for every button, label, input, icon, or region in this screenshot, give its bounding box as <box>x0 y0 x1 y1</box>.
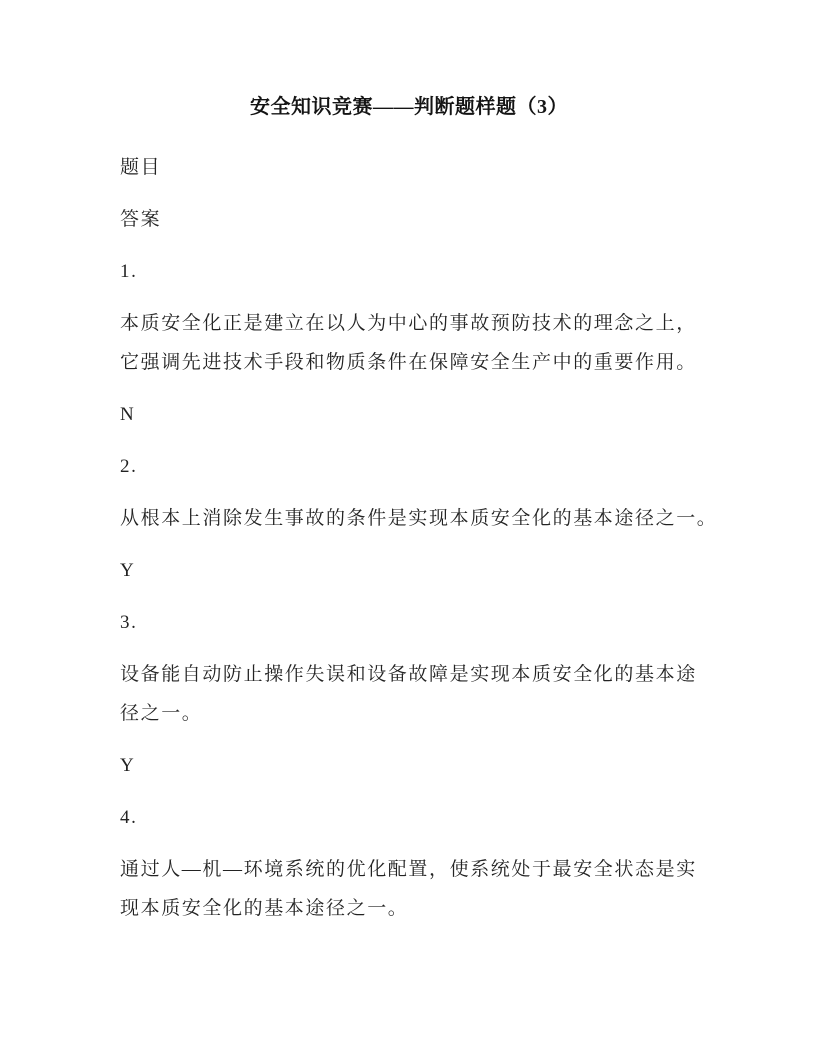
question-line: 径之一。 <box>120 694 698 733</box>
question-label-text: 题目 <box>120 148 698 187</box>
question-3-answer: Y <box>120 746 698 785</box>
question-number-text: 2. <box>120 447 698 486</box>
answer-value: N <box>120 395 698 434</box>
question-1-answer: N <box>120 395 698 434</box>
question-2-text: 从根本上消除发生事故的条件是实现本质安全化的基本途径之一。 <box>120 499 698 538</box>
question-2-number: 2. <box>120 447 698 486</box>
question-1-number: 1. <box>120 252 698 291</box>
question-1-text: 本质安全化正是建立在以人为中心的事故预防技术的理念之上， 它强调先进技术手段和物… <box>120 304 698 382</box>
question-number-text: 1. <box>120 252 698 291</box>
question-line: 从根本上消除发生事故的条件是实现本质安全化的基本途径之一。 <box>120 499 698 538</box>
answer-value: Y <box>120 551 698 590</box>
question-number-text: 3. <box>120 603 698 642</box>
question-line: 它强调先进技术手段和物质条件在保障安全生产中的重要作用。 <box>120 343 698 382</box>
document-title: 安全知识竞赛——判断题样题（3） <box>120 88 698 127</box>
question-line: 通过人—机—环境系统的优化配置，使系统处于最安全状态是实 <box>120 850 698 889</box>
question-column-label: 题目 <box>120 148 698 187</box>
question-4-text: 通过人—机—环境系统的优化配置，使系统处于最安全状态是实 现本质安全化的基本途径… <box>120 850 698 928</box>
document-page: 安全知识竞赛——判断题样题（3） 题目 答案 1. 本质安全化正是建立在以人为中… <box>0 0 816 1056</box>
question-number-text: 4. <box>120 798 698 837</box>
question-line: 设备能自动防止操作失误和设备故障是实现本质安全化的基本途 <box>120 655 698 694</box>
answer-label-text: 答案 <box>120 200 698 239</box>
question-2-answer: Y <box>120 551 698 590</box>
question-line: 现本质安全化的基本途径之一。 <box>120 889 698 928</box>
question-line: 本质安全化正是建立在以人为中心的事故预防技术的理念之上， <box>120 304 698 343</box>
answer-column-label: 答案 <box>120 200 698 239</box>
question-3-text: 设备能自动防止操作失误和设备故障是实现本质安全化的基本途 径之一。 <box>120 655 698 733</box>
question-4-number: 4. <box>120 798 698 837</box>
question-3-number: 3. <box>120 603 698 642</box>
answer-value: Y <box>120 746 698 785</box>
